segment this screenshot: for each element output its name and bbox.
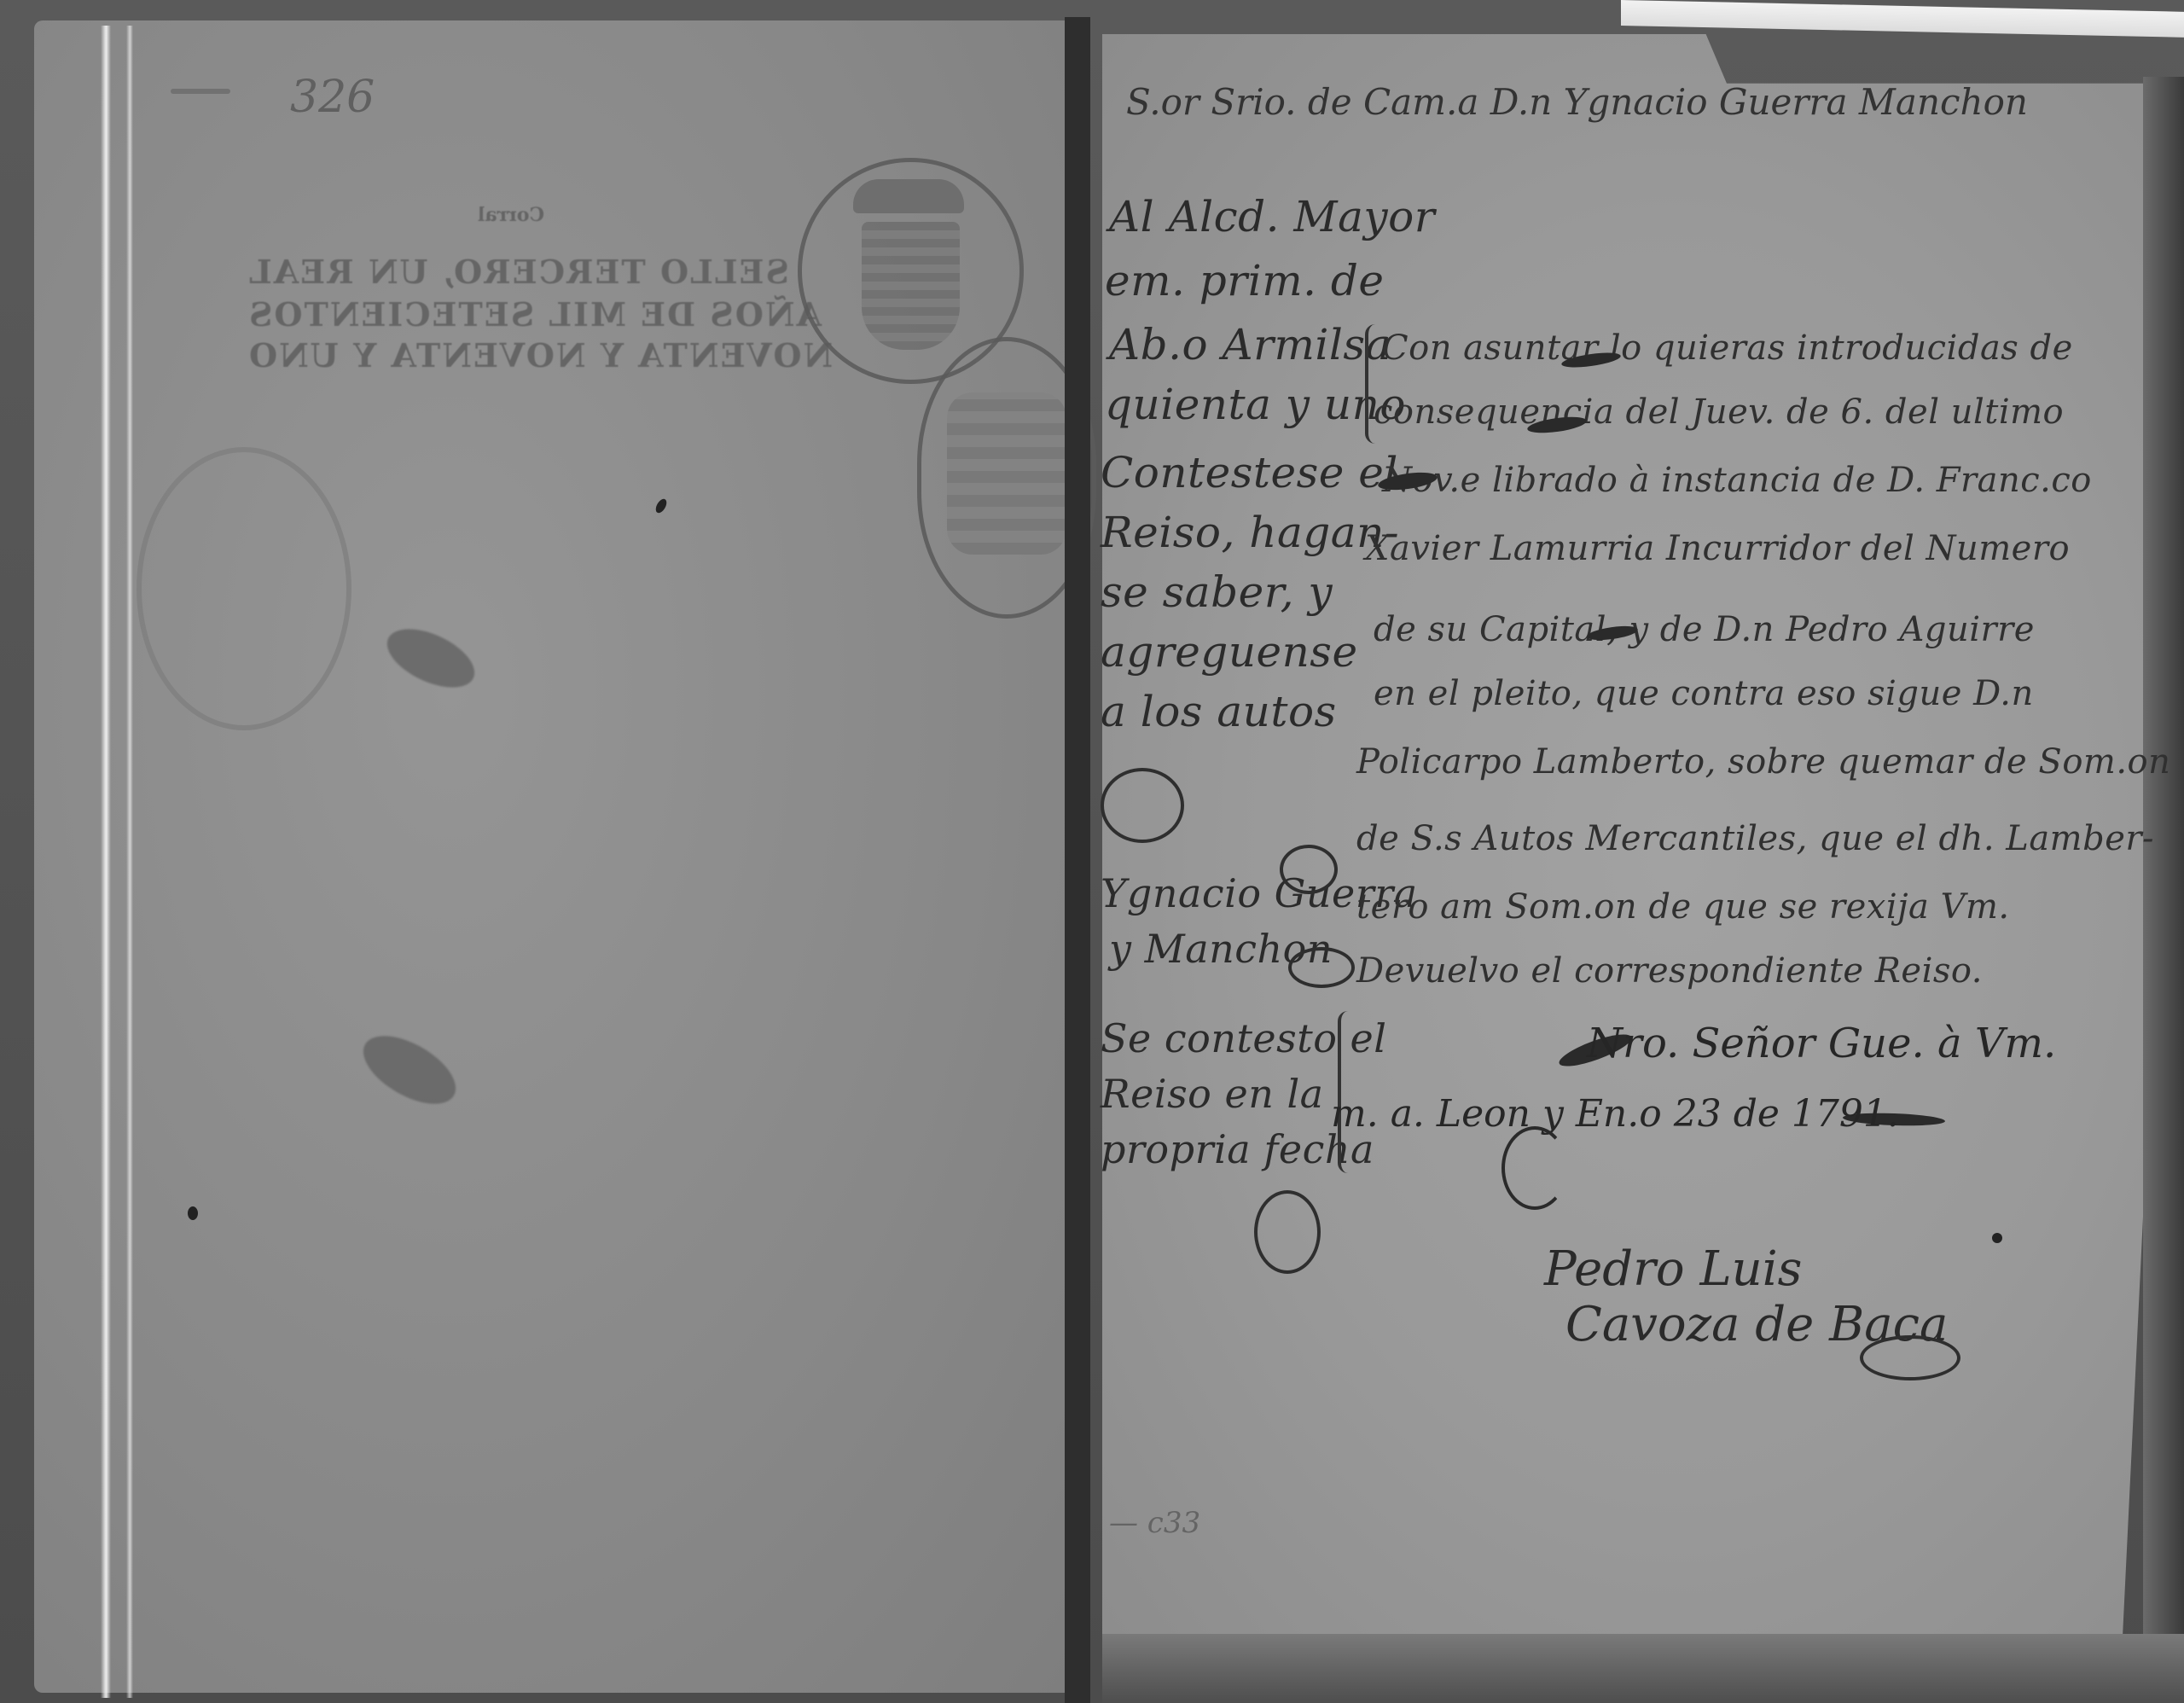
- body-line: tero am Som.on de que se rexija Vm.: [1356, 887, 2010, 927]
- document-header: S.or Srio. de Cam.a D.n Ygnacio Guerra M…: [1126, 81, 2028, 123]
- margin-note: quienta y uno: [1105, 380, 1406, 429]
- stamp-label-bleed: Corral: [478, 204, 544, 226]
- stamp-line-bleed: AÑOS DE MIL SETECIENTOS: [247, 295, 822, 334]
- rubric-flourish: [1280, 845, 1338, 894]
- body-line: de su Capital, y de D.n Pedro Aguirre: [1374, 610, 2035, 649]
- crown-icon: [853, 179, 964, 213]
- date-line: m. a. Leon y En.o 23 de 1791.: [1331, 1092, 1899, 1136]
- rubric-flourish: [1254, 1190, 1321, 1274]
- body-line: consequencia del Juev. de 6. del ultimo: [1374, 392, 2064, 432]
- body-line: Xavier Lamurria Incurridor del Numero: [1365, 529, 2070, 568]
- page-bottom-edge: [1102, 1634, 2184, 1703]
- ink-blot: [379, 617, 484, 699]
- signature-name: Pedro Luis: [1544, 1241, 1802, 1297]
- page-mark: [171, 89, 230, 94]
- rubric-flourish: [1101, 768, 1184, 843]
- ink-dot: [1992, 1233, 2002, 1243]
- body-line: Nov.e librado à instancia de D. Franc.co: [1382, 461, 2092, 500]
- margin-note: Ab.o Armilsa: [1109, 320, 1391, 369]
- body-line: en el pleito, que contra eso sigue D.n: [1374, 674, 2034, 713]
- margin-note: a los autos: [1101, 687, 1337, 736]
- margin-note: Contestese el: [1101, 448, 1398, 497]
- margin-note: Al Alcd. Mayor: [1109, 192, 1435, 241]
- fold-crease: [101, 26, 111, 1698]
- page-number: 326: [290, 72, 375, 123]
- ink-blot: [352, 1022, 467, 1118]
- fold-crease: [126, 26, 133, 1698]
- body-line: Con asuntar lo quieras introducidas de: [1382, 328, 2073, 368]
- ghost-seal: [136, 447, 351, 730]
- closing-formula: Nro. Señor Gue. à Vm.: [1587, 1020, 2056, 1067]
- body-line: Devuelvo el correspondiente Reiso.: [1356, 951, 1983, 991]
- rubric-flourish: [1288, 947, 1355, 988]
- seal-text-block: [947, 392, 1066, 555]
- body-line: Policarpo Lamberto, sobre quemar de Som.…: [1356, 742, 2170, 782]
- signature-rubric: [1860, 1335, 1960, 1380]
- page-edge: [2143, 77, 2184, 1681]
- margin-note: Reiso, hagan-: [1101, 508, 1399, 557]
- margin-note: se saber, y: [1101, 567, 1333, 617]
- body-line: de S.s Autos Mercantiles, que el dh. Lam…: [1356, 819, 2154, 858]
- rubric-flourish: [1501, 1126, 1568, 1210]
- stamp-line-bleed: NOVENTA Y NOVENTA Y UNO: [247, 336, 833, 375]
- book-gutter: [1065, 17, 1090, 1703]
- ink-dot: [188, 1206, 198, 1220]
- margin-note: Reiso en la: [1101, 1071, 1324, 1117]
- stamp-line-bleed: SELLO TERCERO, UN REAL: [247, 253, 789, 291]
- ink-dot: [653, 497, 669, 515]
- margin-note: em. prim. de: [1105, 256, 1384, 305]
- margin-note: agreguense: [1101, 627, 1358, 677]
- bottom-margin-note: — c33: [1109, 1506, 1200, 1540]
- coat-of-arms-icon: [862, 222, 960, 350]
